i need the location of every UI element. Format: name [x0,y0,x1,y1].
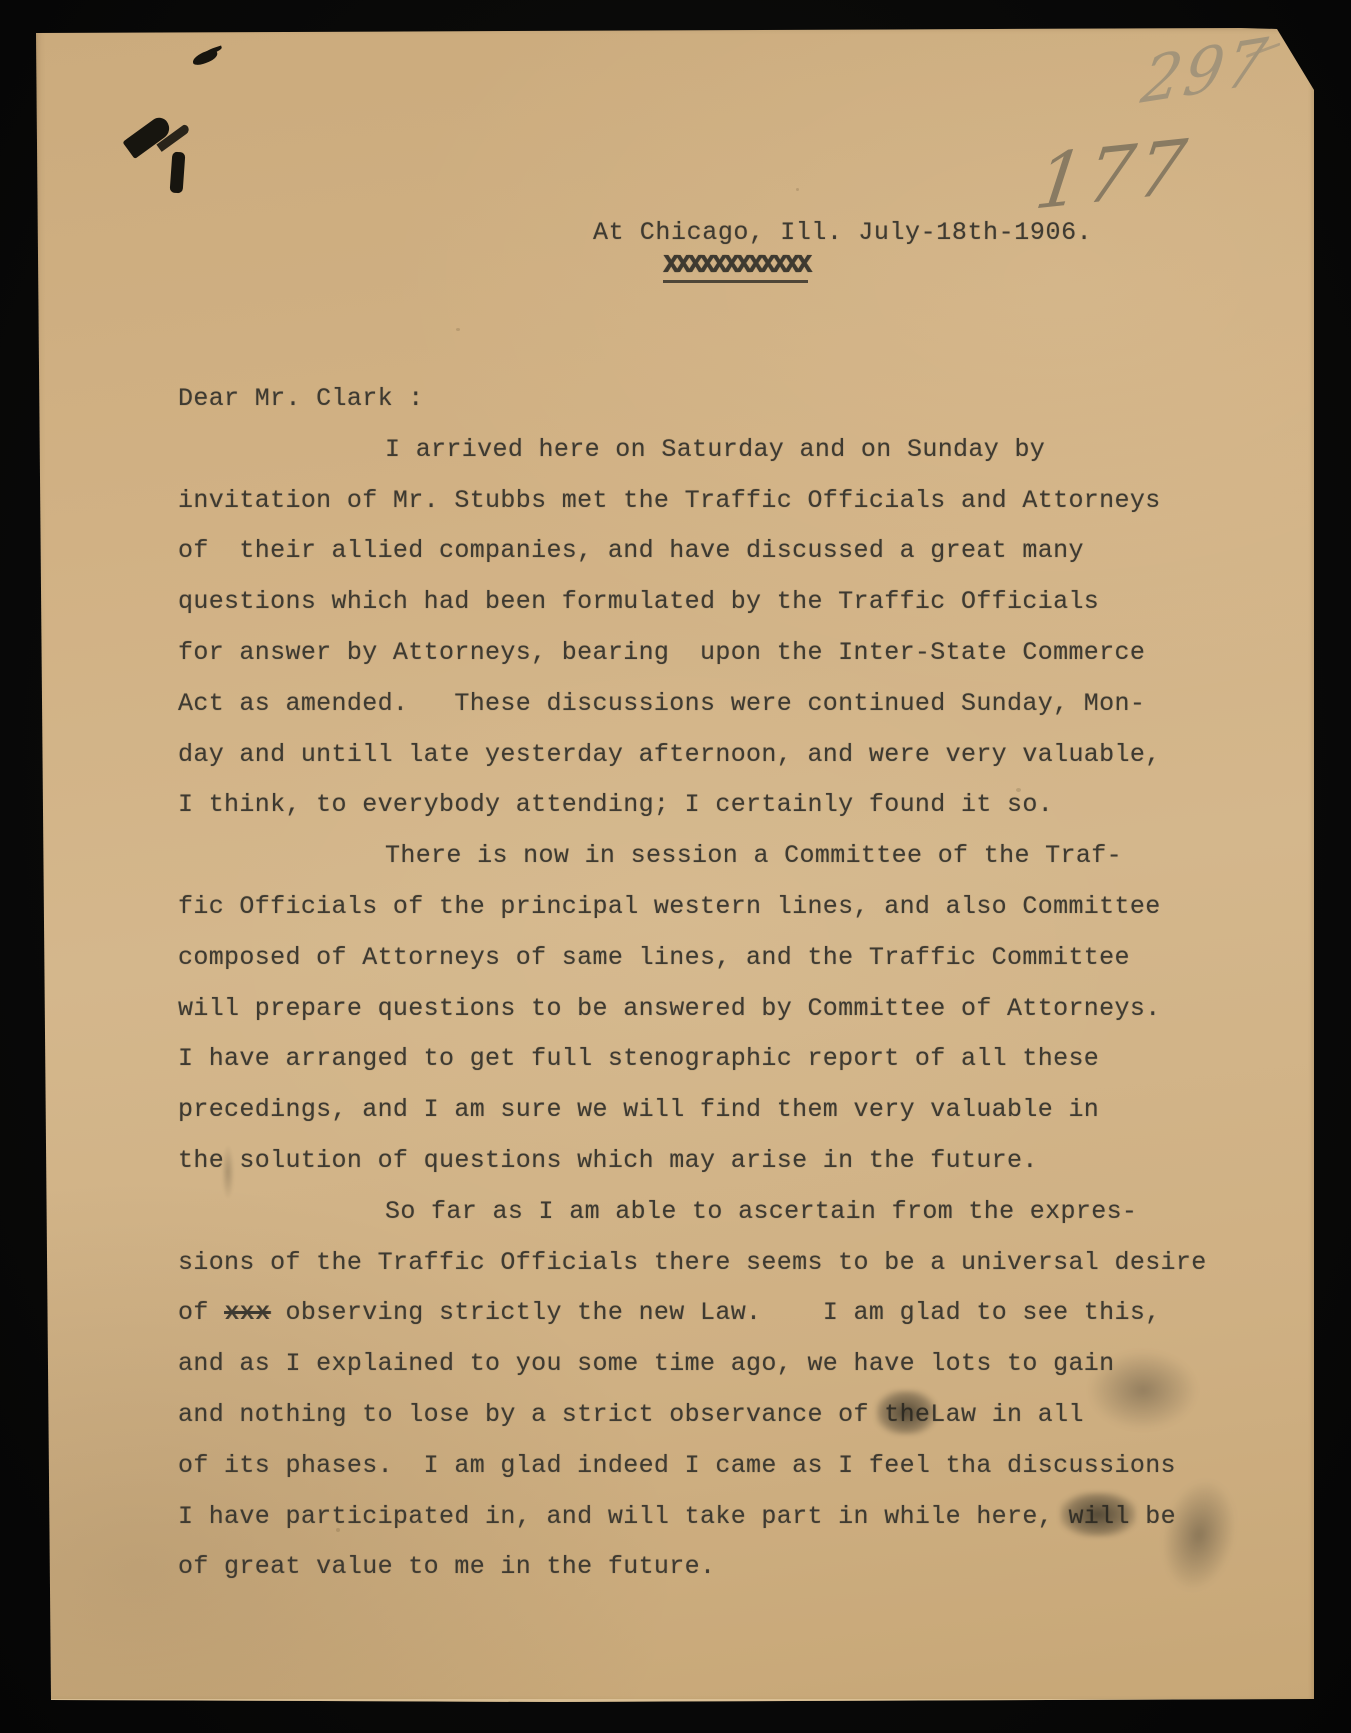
letter-line: questions which had been formulated by t… [178,577,1258,628]
letter-line: of its phases. I am glad indeed I came a… [178,1441,1258,1492]
letter-line: I arrived here on Saturday and on Sunday… [178,425,1258,476]
letter-line: the solution of questions which may aris… [178,1136,1258,1187]
paper-speck [1016,788,1021,792]
letter-line: I think, to everybody attending; I certa… [178,780,1258,831]
letter-line: fic Officials of the principal western l… [178,882,1258,933]
letter-line: day and untill late yesterday afternoon,… [178,730,1258,781]
pencil-number-top-right: 297 [1137,23,1275,119]
letter-line: sions of the Traffic Officials there see… [178,1238,1258,1289]
letter-body: Dear Mr. Clark :I arrived here on Saturd… [178,374,1258,1593]
letter-line: composed of Attorneys of same lines, and… [178,933,1258,984]
letter-line: of great value to me in the future. [178,1542,1258,1593]
letter-line: and as I explained to you some time ago,… [178,1339,1258,1390]
paper-speck [336,1528,340,1532]
paper-speck [456,328,460,331]
scan-background: { "page": { "background": "#0a0a09" }, "… [0,0,1351,1733]
letter-line: of their allied companies, and have disc… [178,526,1258,577]
ink-blot-small-icon [191,48,219,66]
letter-line: for answer by Attorneys, bearing upon th… [178,628,1258,679]
letter-line: Act as amended. These discussions were c… [178,679,1258,730]
ink-blot-stroke-icon [122,114,173,159]
typed-strikeout-line: XXXXXXXXXXXX [663,250,808,283]
letter-line: precedings, and I am sure we will find t… [178,1085,1258,1136]
letter-paper: 297 177 At Chicago, Ill. July-18th-1906.… [36,28,1314,1702]
letter-line: will prepare questions to be answered by… [178,984,1258,1035]
letter-line: I have participated in, and will take pa… [178,1492,1258,1543]
letter-line: and nothing to lose by a strict observan… [178,1390,1258,1441]
dateline: At Chicago, Ill. July-18th-1906. [593,218,1092,247]
letter-line: of xxx observing strictly the new Law. I… [178,1288,1258,1339]
letter-line: I have arranged to get full stenographic… [178,1034,1258,1085]
letter-line: Dear Mr. Clark : [178,374,1258,425]
letter-line: invitation of Mr. Stubbs met the Traffic… [178,476,1258,527]
letter-line: There is now in session a Committee of t… [178,831,1258,882]
ink-blot-bar-icon [170,152,186,194]
letter-line: So far as I am able to ascertain from th… [178,1187,1258,1238]
paper-speck [796,188,799,191]
pencil-page-number: 177 [1030,123,1195,227]
